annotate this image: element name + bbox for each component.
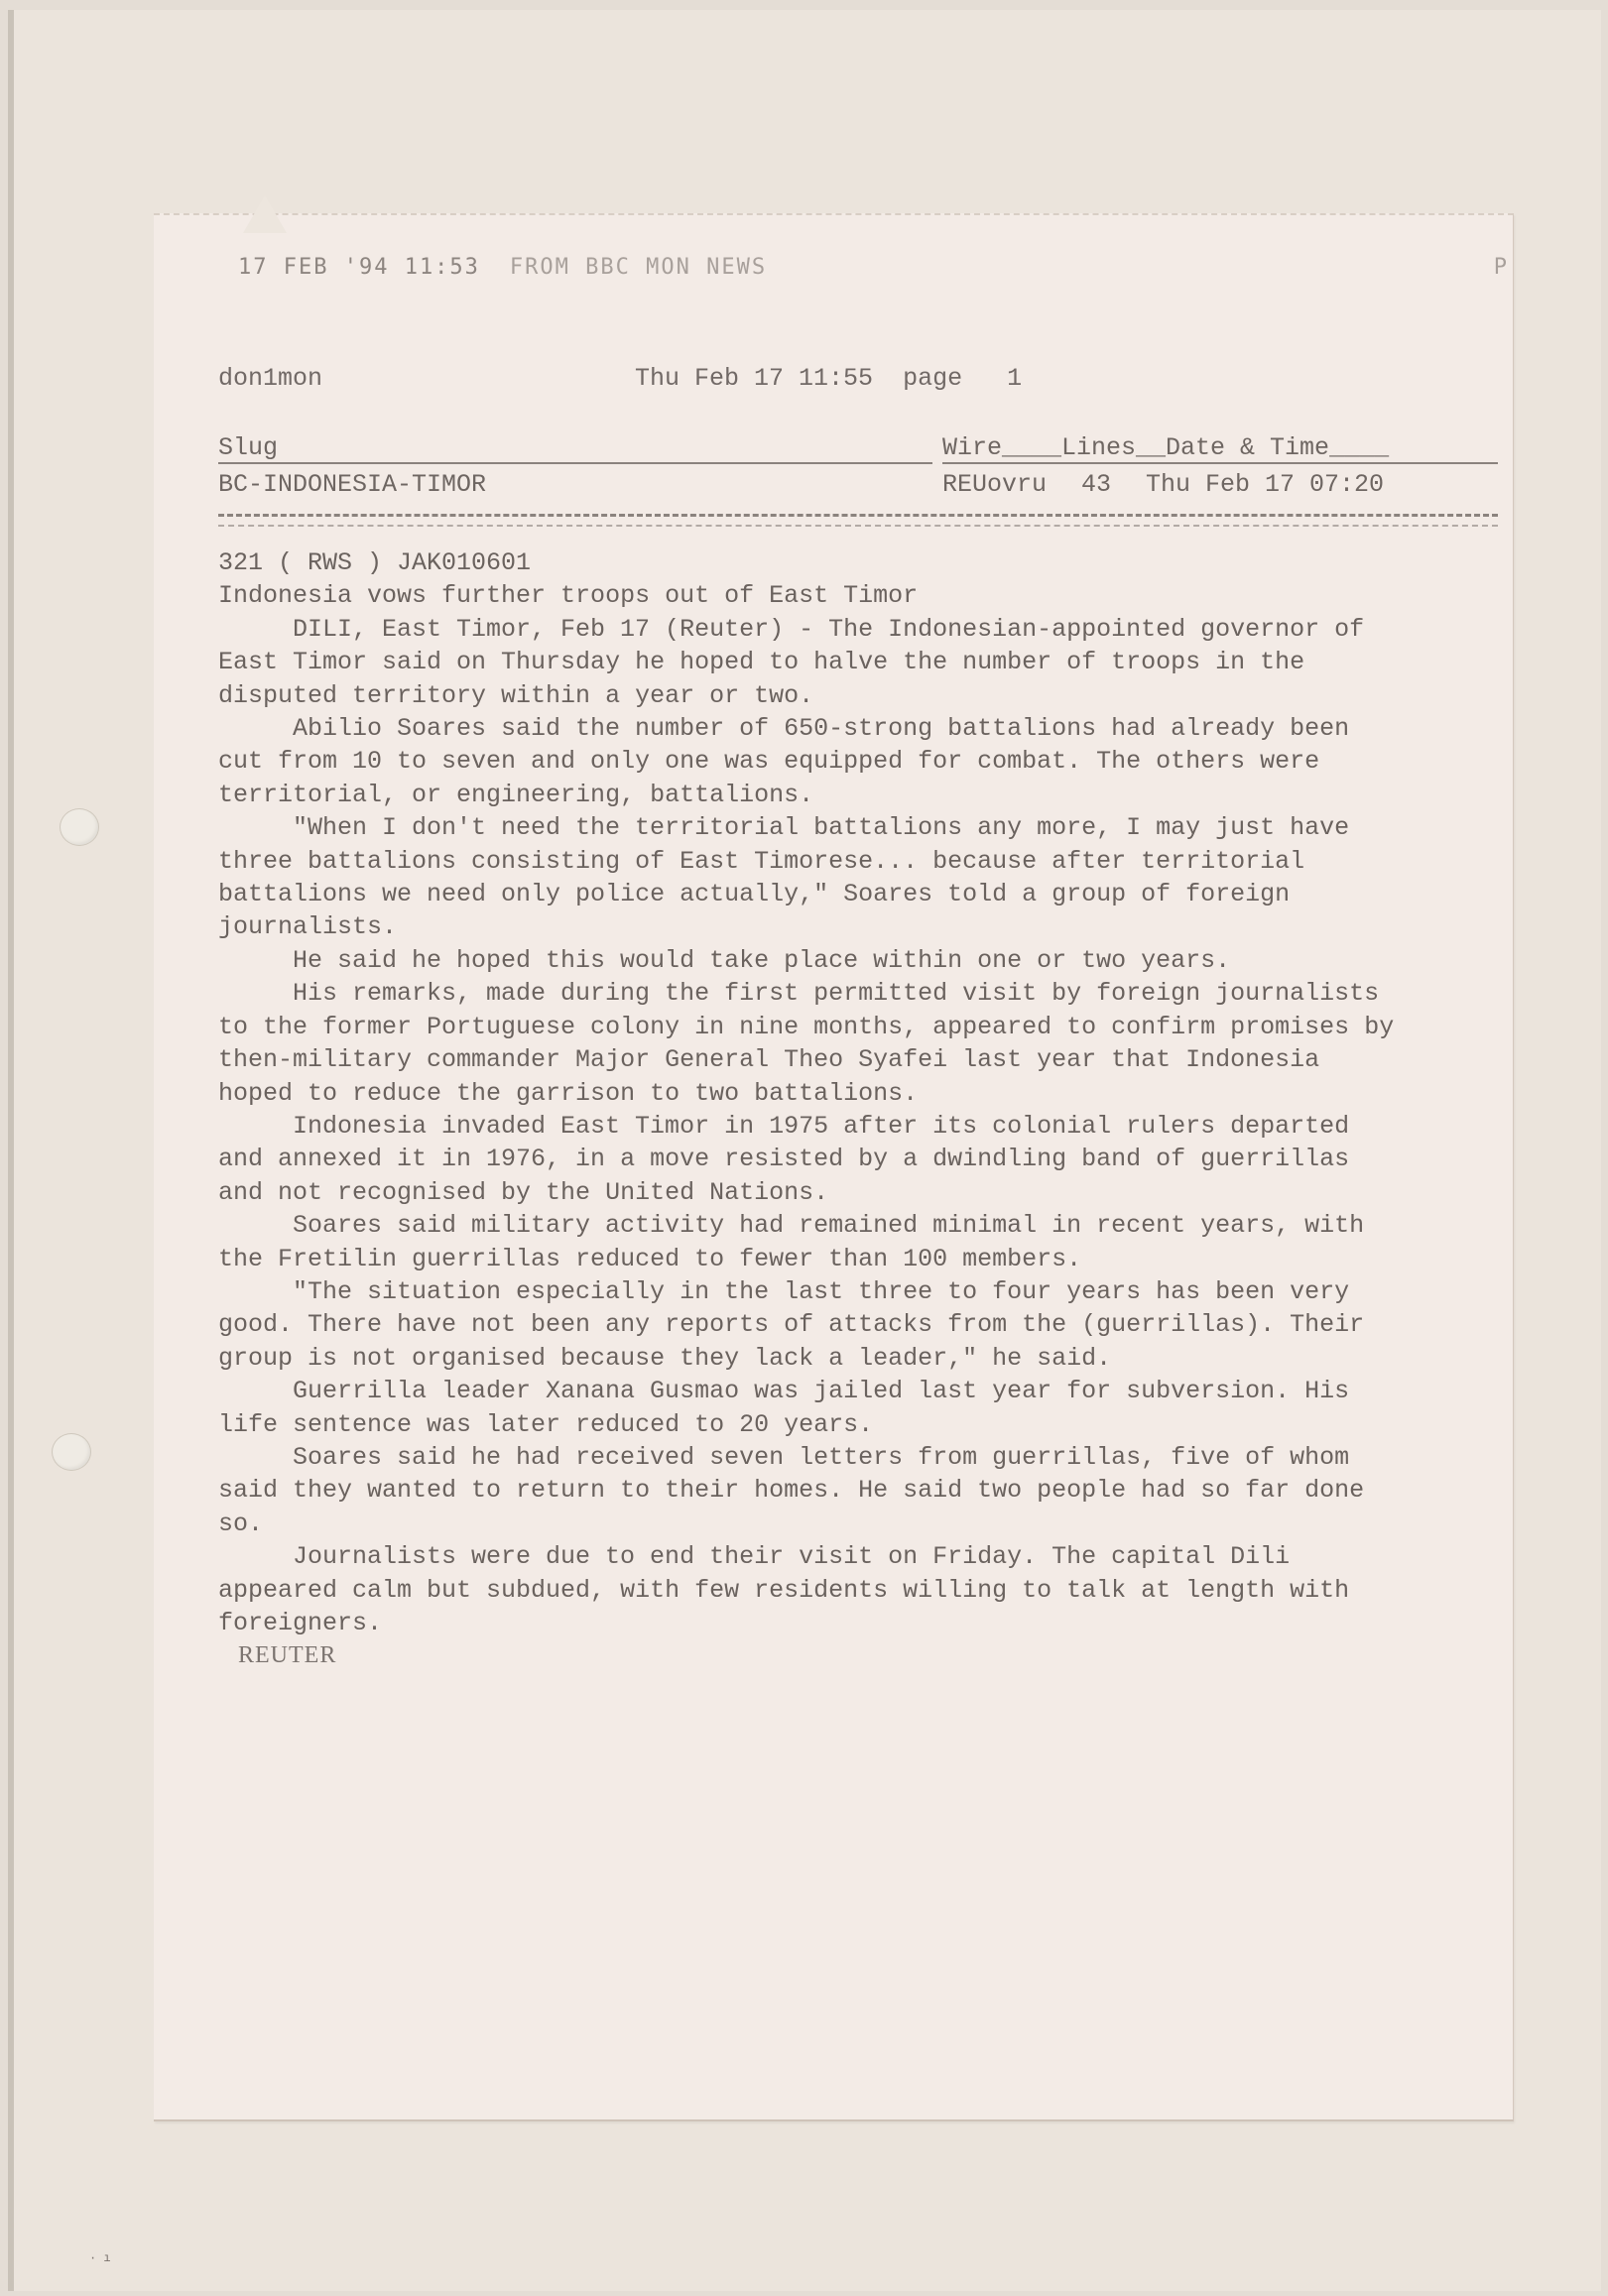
paragraph-11: Journalists were due to end their visit … [218,1540,1409,1639]
page-number: 1 [1007,364,1022,393]
slug-table: Slug BC-INDONESIA-TIMOR Wire____Lines__D… [218,433,1498,508]
paragraph-10: Soares said he had received seven letter… [218,1441,1409,1540]
slug-column: Slug BC-INDONESIA-TIMOR [218,433,932,499]
wire-values: REUovru43 Thu Feb 17 07:20 [942,470,1498,499]
paragraph-7: Soares said military activity had remain… [218,1209,1409,1275]
double-dashed-rule [218,514,1498,527]
paragraph-8: "The situation especially in the last th… [218,1275,1409,1375]
wire-field-labels: Wire____Lines__Date & Time____ [942,433,1498,464]
story-signoff: REUTER [218,1639,1409,1672]
paragraph-5: His remarks, made during the first permi… [218,977,1409,1110]
punch-hole-lower [52,1433,91,1471]
slug-label: Slug [218,433,932,464]
paragraph-9: Guerrilla leader Xanana Gusmao was jaile… [218,1375,1409,1441]
fax-sheet: 17 FEB '94 11:53FROM BBC MON NEWS P don1… [154,213,1514,2121]
printout-meta: don1monThu Feb 17 11:55 page 1 [218,364,1498,404]
wire-printout: don1monThu Feb 17 11:55 page 1 Slug BC-I… [218,364,1498,1673]
paragraph-3: "When I don't need the territorial batta… [218,811,1409,944]
scan-speck: · ı [89,2251,111,2265]
wire-details-column: Wire____Lines__Date & Time____ REUovru43… [942,433,1498,499]
printout-datetime: Thu Feb 17 11:55 [635,364,873,393]
punch-hole-upper [60,808,99,846]
torn-corner [243,195,287,233]
page-label: page [903,364,962,393]
paragraph-4: He said he hoped this would take place w… [218,944,1409,977]
printout-user: don1mon [218,364,635,393]
fax-transmission-header: 17 FEB '94 11:53FROM BBC MON NEWS [238,255,767,280]
news-story: 321 ( RWS ) JAK010601 Indonesia vows fur… [218,546,1409,1673]
wire-code: REUovru [942,470,1061,499]
line-count: 43 [1061,470,1131,499]
fax-from: FROM BBC MON NEWS [510,255,767,280]
story-headline: Indonesia vows further troops out of Eas… [218,579,1409,612]
fax-page-mark: P [1494,255,1507,280]
slug-value: BC-INDONESIA-TIMOR [218,470,932,499]
story-reference: 321 ( RWS ) JAK010601 [218,546,1409,579]
paragraph-2: Abilio Soares said the number of 650-str… [218,712,1409,811]
wire-date-time: Thu Feb 17 07:20 [1146,470,1384,499]
paragraph-1: DILI, East Timor, Feb 17 (Reuter) - The … [218,613,1409,712]
fax-date-time: 17 FEB '94 11:53 [238,255,480,280]
paragraph-6: Indonesia invaded East Timor in 1975 aft… [218,1110,1409,1209]
